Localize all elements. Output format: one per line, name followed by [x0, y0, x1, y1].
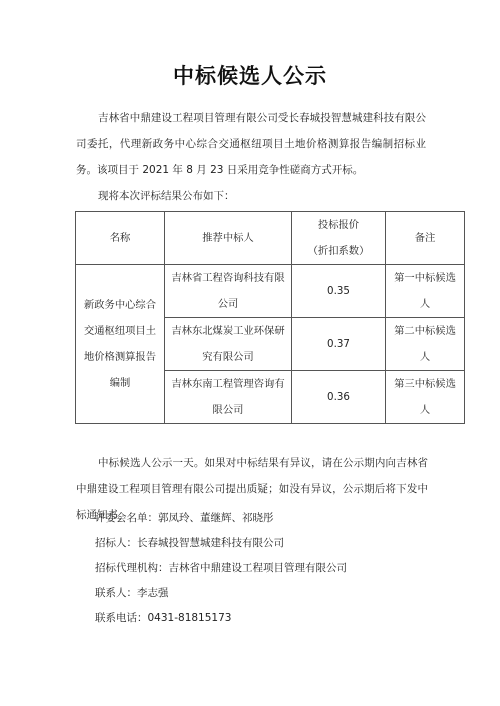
header-price-line1: 投标报价	[296, 212, 381, 238]
table-row: 新政务中心综合交通枢纽项目土地价格测算报告编制 吉林省工程咨询科技有限公司 0.…	[76, 265, 465, 318]
company-cell: 吉林东北煤炭工业环保研究有限公司	[165, 318, 292, 371]
committee-line: 评委会名单：郭凤玲、董继辉、祁晓彤	[95, 510, 274, 525]
contact-line: 联系人：李志强	[95, 585, 169, 600]
announce-line: 现将本次评标结果公布如下：	[98, 183, 448, 209]
header-recommended: 推荐中标人	[165, 212, 292, 265]
header-remark: 备注	[386, 212, 465, 265]
remark-cell: 第二中标候选人	[386, 318, 465, 371]
remark-cell: 第一中标候选人	[386, 265, 465, 318]
header-price: 投标报价 （折扣系数）	[292, 212, 386, 265]
agency-line: 招标代理机构：吉林省中鼎建设工程项目管理有限公司	[95, 560, 347, 575]
price-cell: 0.37	[292, 318, 386, 371]
phone-line: 联系电话：0431-81815173	[95, 610, 231, 625]
intro-paragraph: 吉林省中鼎建设工程项目管理有限公司受长春城投智慧城建科技有限公司委托，代理新政务…	[76, 105, 426, 183]
project-name-cell: 新政务中心综合交通枢纽项目土地价格测算报告编制	[76, 265, 165, 424]
price-cell: 0.35	[292, 265, 386, 318]
results-table: 名称 推荐中标人 投标报价 （折扣系数） 备注 新政务中心综合交通枢纽项目土地价…	[75, 211, 465, 424]
page-title: 中标候选人公示	[0, 60, 500, 90]
company-cell: 吉林东南工程管理咨询有限公司	[165, 371, 292, 424]
company-cell: 吉林省工程咨询科技有限公司	[165, 265, 292, 318]
price-cell: 0.36	[292, 371, 386, 424]
remark-cell: 第三中标候选人	[386, 371, 465, 424]
table-header-row: 名称 推荐中标人 投标报价 （折扣系数） 备注	[76, 212, 465, 265]
tenderer-line: 招标人：长春城投智慧城建科技有限公司	[95, 535, 284, 550]
header-name: 名称	[76, 212, 165, 265]
header-price-line2: （折扣系数）	[296, 238, 381, 264]
